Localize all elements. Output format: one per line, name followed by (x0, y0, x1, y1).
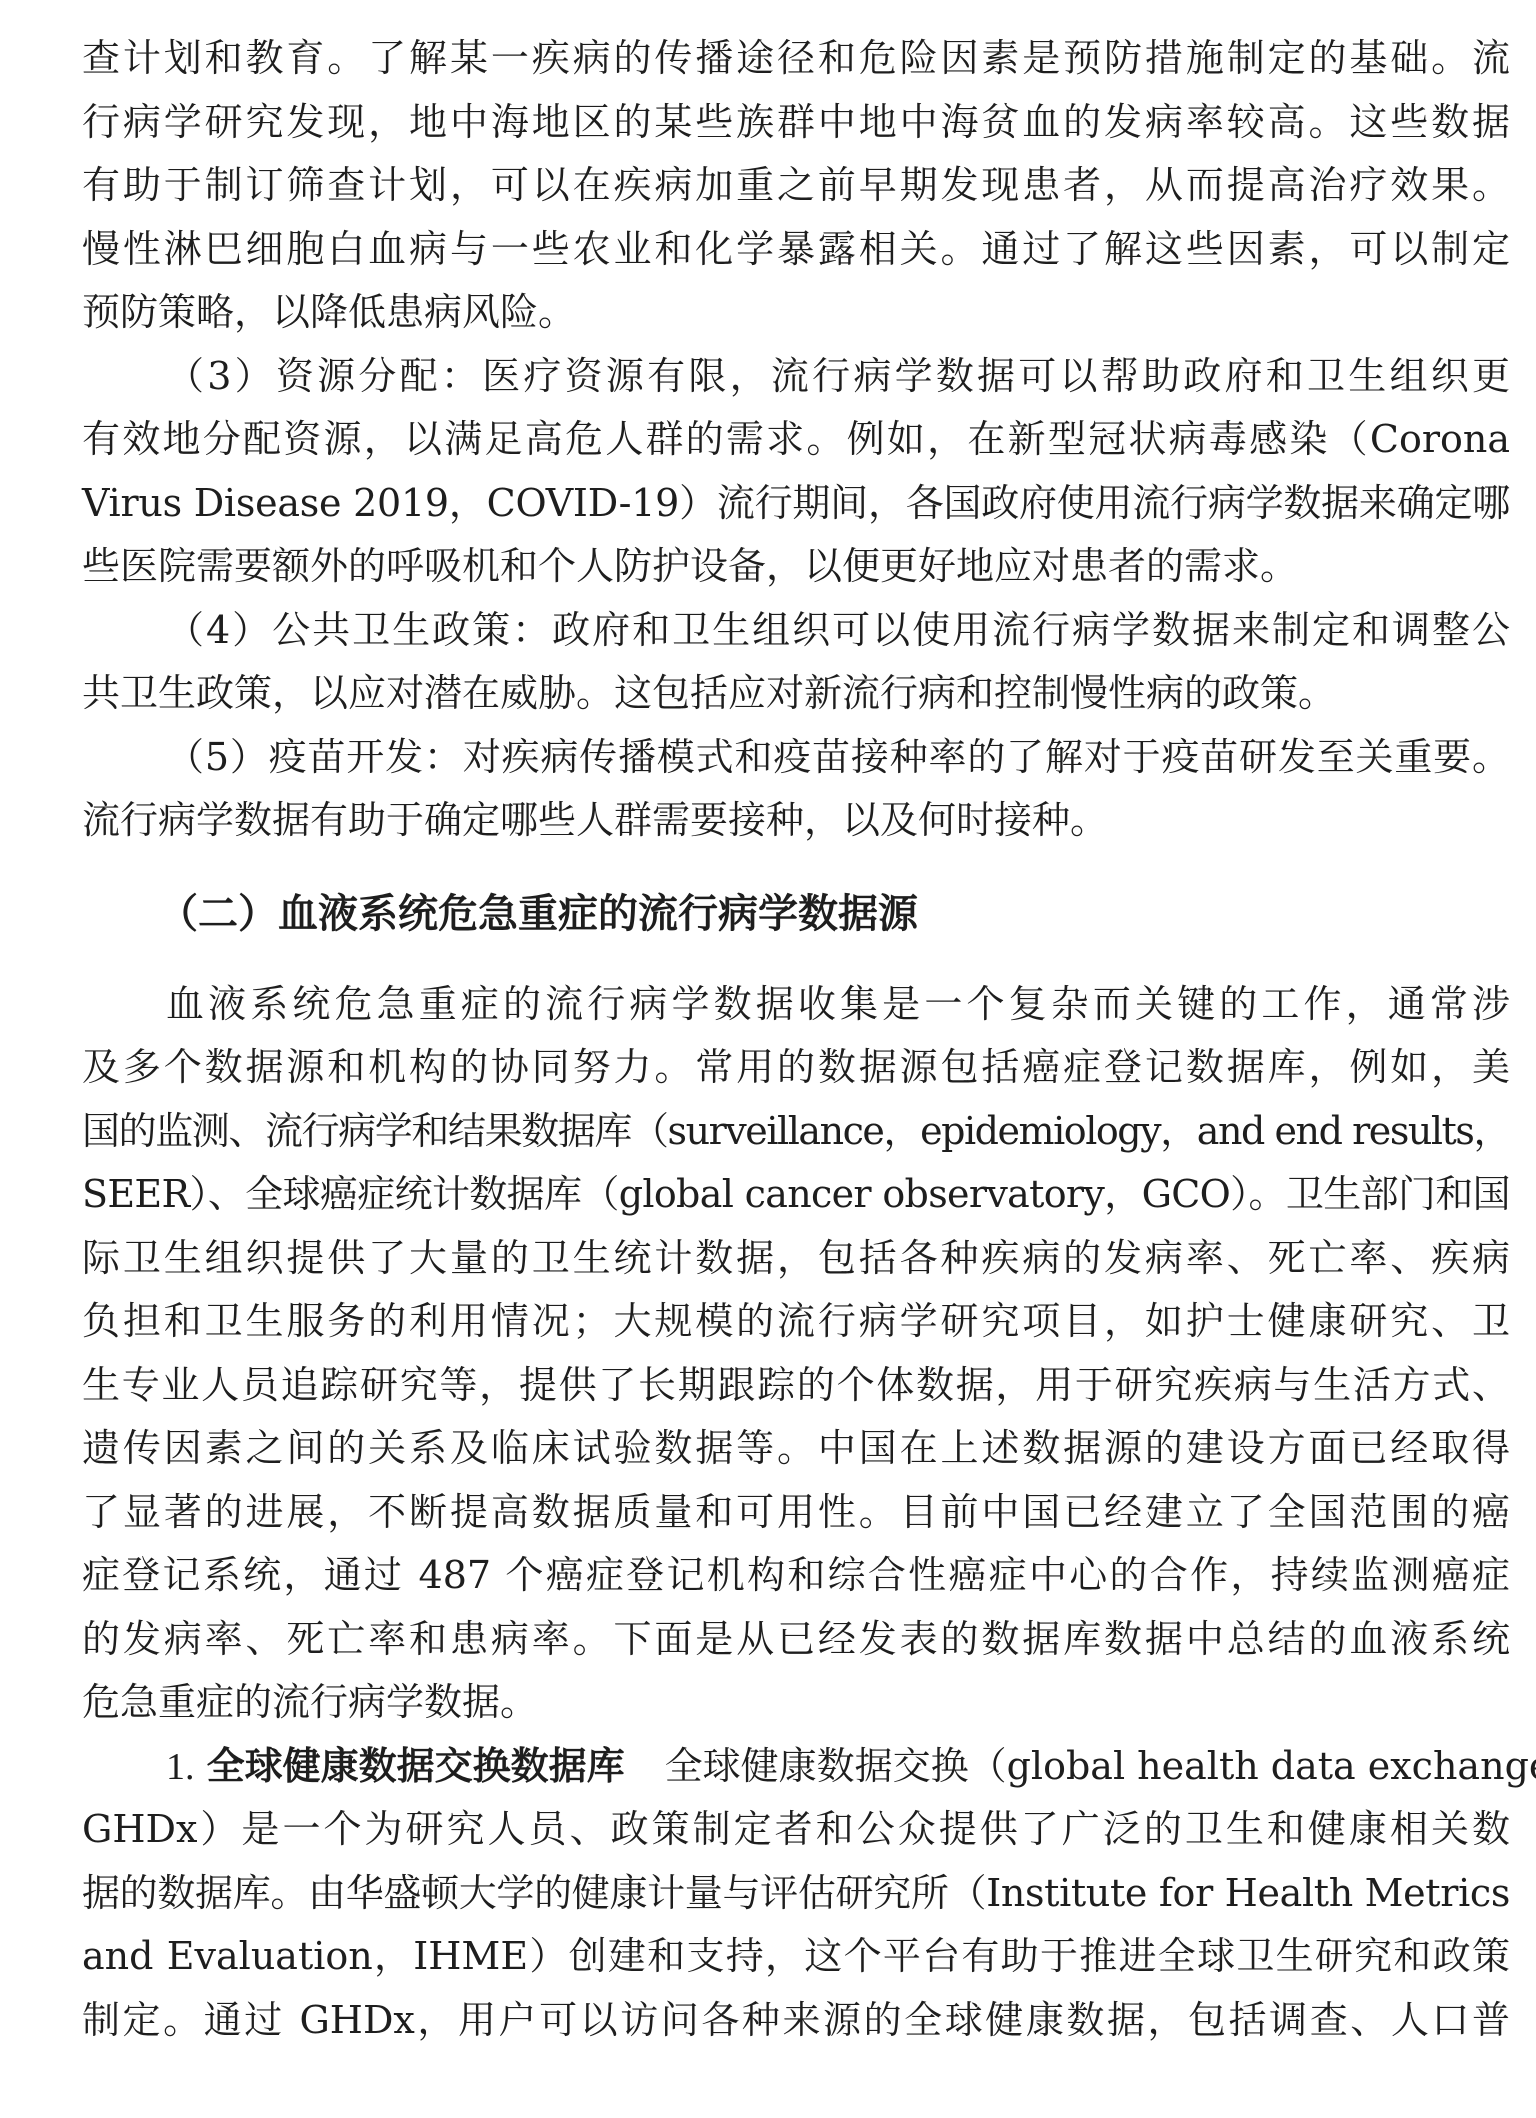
text-line: 际卫生组织提供了大量的卫生统计数据，包括各种疾病的发病率、死亡率、疾病 (82, 1230, 1510, 1294)
paragraph-data-sources: 血液系统危急重症的流行病学数据收集是一个复杂而关键的工作，通常涉 及多个数据源和… (82, 976, 1510, 1738)
text-line: 据的数据库。由华盛顿大学的健康计量与评估研究所（Institute for He… (82, 1865, 1510, 1929)
text-line: 遗传因素之间的关系及临床试验数据等。中国在上述数据源的建设方面已经取得 (82, 1420, 1510, 1484)
text-line: 流行病学数据有助于确定哪些人群需要接种，以及何时接种。 (82, 792, 1510, 856)
text-line: GHDx）是一个为研究人员、政策制定者和公众提供了广泛的卫生和健康相关数 (82, 1801, 1510, 1865)
paragraph-resource-allocation: （3）资源分配：医疗资源有限，流行病学数据可以帮助政府和卫生组织更 有效地分配资… (82, 348, 1510, 602)
text-line: 了显著的进展，不断提高数据质量和可用性。目前中国已经建立了全国范围的癌 (82, 1484, 1510, 1548)
text-line: 共卫生政策，以应对潜在威胁。这包括应对新流行病和控制慢性病的政策。 (82, 665, 1510, 729)
subsection-first-line: 1. 全球健康数据交换数据库全球健康数据交换（global health dat… (82, 1738, 1510, 1802)
text-line: 的发病率、死亡率和患病率。下面是从已经发表的数据库数据中总结的血液系统 (82, 1611, 1510, 1675)
text-line: 查计划和教育。了解某一疾病的传播途径和危险因素是预防措施制定的基础。流 (82, 30, 1510, 94)
text-line: 症登记系统，通过 487 个癌症登记机构和综合性癌症中心的合作，持续监测癌症 (82, 1547, 1510, 1611)
subsection-lead-text: 全球健康数据交换（global health data exchange， (665, 1744, 1536, 1788)
text-line: 危急重症的流行病学数据。 (82, 1674, 1510, 1738)
paragraph-public-health-policy: （4）公共卫生政策：政府和卫生组织可以使用流行病学数据来制定和调整公 共卫生政策… (82, 602, 1510, 729)
text-line: 及多个数据源和机构的协同努力。常用的数据源包括癌症登记数据库，例如，美 (82, 1039, 1510, 1103)
subsection-number: 1. (166, 1746, 195, 1788)
text-line: 生专业人员追踪研究等，提供了长期跟踪的个体数据，用于研究疾病与生活方式、 (82, 1357, 1510, 1421)
text-line: （5）疫苗开发：对疾病传播模式和疫苗接种率的了解对于疫苗研发至关重要。 (82, 729, 1510, 793)
text-line: 制定。通过 GHDx，用户可以访问各种来源的全球健康数据，包括调查、人口普 (82, 1992, 1510, 2056)
text-line: 预防策略，以降低患病风险。 (82, 284, 1510, 348)
text-line: 负担和卫生服务的利用情况；大规模的流行病学研究项目，如护士健康研究、卫 (82, 1293, 1510, 1357)
text-line: （3）资源分配：医疗资源有限，流行病学数据可以帮助政府和卫生组织更 (82, 348, 1510, 412)
text-line: 国的监测、流行病学和结果数据库（surveillance，epidemiolog… (82, 1103, 1510, 1167)
text-line: 行病学研究发现，地中海地区的某些族群中地中海贫血的发病率较高。这些数据 (82, 94, 1510, 158)
paragraph-continued: 查计划和教育。了解某一疾病的传播途径和危险因素是预防措施制定的基础。流 行病学研… (82, 30, 1510, 348)
section-heading: （二）血液系统危急重症的流行病学数据源 (82, 856, 1510, 976)
text-line: 有效地分配资源，以满足高危人群的需求。例如，在新型冠状病毒感染（Corona (82, 411, 1510, 475)
text-line: SEER）、全球癌症统计数据库（global cancer observator… (82, 1166, 1510, 1230)
document-page: 查计划和教育。了解某一疾病的传播途径和危险因素是预防措施制定的基础。流 行病学研… (82, 30, 1510, 2055)
paragraph-vaccine-development: （5）疫苗开发：对疾病传播模式和疫苗接种率的了解对于疫苗研发至关重要。 流行病学… (82, 729, 1510, 856)
text-line: and Evaluation，IHME）创建和支持，这个平台有助于推进全球卫生研… (82, 1928, 1510, 1992)
text-line: 有助于制订筛查计划，可以在疾病加重之前早期发现患者，从而提高治疗效果。 (82, 157, 1510, 221)
text-line: 些医院需要额外的呼吸机和个人防护设备，以便更好地应对患者的需求。 (82, 538, 1510, 602)
text-line: （4）公共卫生政策：政府和卫生组织可以使用流行病学数据来制定和调整公 (82, 602, 1510, 666)
subsection-ghdx: 1. 全球健康数据交换数据库全球健康数据交换（global health dat… (82, 1738, 1510, 2056)
text-line: Virus Disease 2019，COVID-19）流行期间，各国政府使用流… (82, 475, 1510, 539)
text-line: 慢性淋巴细胞白血病与一些农业和化学暴露相关。通过了解这些因素，可以制定 (82, 221, 1510, 285)
text-line: 血液系统危急重症的流行病学数据收集是一个复杂而关键的工作，通常涉 (82, 976, 1510, 1040)
subsection-title: 全球健康数据交换数据库 (207, 1744, 625, 1788)
